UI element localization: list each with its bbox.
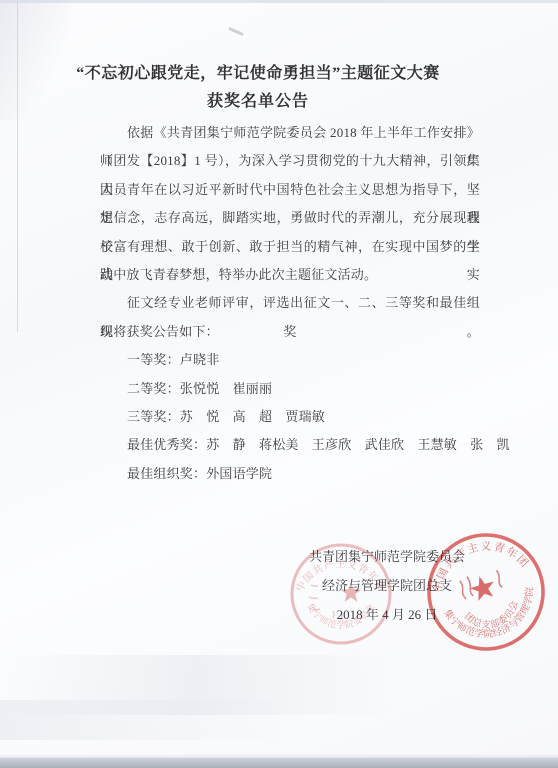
document-body: 依据《共青团集宁师范学院委员会 2018 年上半年工作安排》（集 师团发【201… (100, 119, 480, 488)
body-line: 依据《共青团集宁师范学院委员会 2018 年上半年工作安排》（集 (100, 119, 480, 147)
scan-edge-bottom (0, 758, 558, 768)
signature-org-line1: 共青团集宁师范学院委员会 (287, 543, 487, 572)
signature-org-line2: 经济与管理学院团总支 (287, 572, 487, 601)
scan-edge-top (0, 0, 558, 3)
award-line-best-excellence: 最佳优秀奖：苏 静 蒋松美 王彦欣 武佳欣 王慧敏 张 凯 (100, 431, 480, 459)
body-line: 子富有理想、敢于创新、敢于担当的精气神，在实现中国梦的生动实 (100, 233, 480, 261)
body-line: 师团发【2018】1 号），为深入学习贯彻党的十九大精神，引领广大 (100, 147, 480, 175)
document-title-line2: 获奖名单公告 (36, 88, 480, 116)
award-line-second-prize: 二等奖：张悦悦 崔丽丽 (100, 375, 480, 403)
award-line-best-organization: 最佳组织奖：外国语学院 (100, 460, 480, 488)
scan-left-hairline (17, 2, 18, 332)
scanned-document-page: “不忘初心跟党走，牢记使命勇担当”主题征文大赛 获奖名单公告 依据《共青团集宁师… (0, 0, 558, 768)
body-line: 想信念，志存高远，脚踏实地，勇做时代的弄潮儿，充分展现我校学 (100, 204, 480, 232)
award-line-first-prize: 一等奖：卢晓非 (100, 346, 480, 374)
scan-smudge-artifact (228, 27, 244, 36)
signature-date: 2018 年 4 月 26 日 (287, 601, 487, 630)
body-line: 团员青年在以习近平新时代中国特色社会主义思想为指导下，坚定理 (100, 176, 480, 204)
body-line: 征文经专业老师评审，评选出征文一、二、三等奖和最佳组织奖。 (100, 289, 480, 317)
paper-fold-shadow (0, 700, 360, 740)
document-title: “不忘初心跟党走，牢记使命勇担当”主题征文大赛 获奖名单公告 (36, 60, 480, 116)
award-line-third-prize: 三等奖：苏 悦 高 超 贾瑞敏 (100, 403, 480, 431)
signature-block: 共青团集宁师范学院委员会 经济与管理学院团总支 2018 年 4 月 26 日 (287, 543, 487, 629)
document-title-line1: “不忘初心跟党走，牢记使命勇担当”主题征文大赛 (36, 60, 480, 88)
